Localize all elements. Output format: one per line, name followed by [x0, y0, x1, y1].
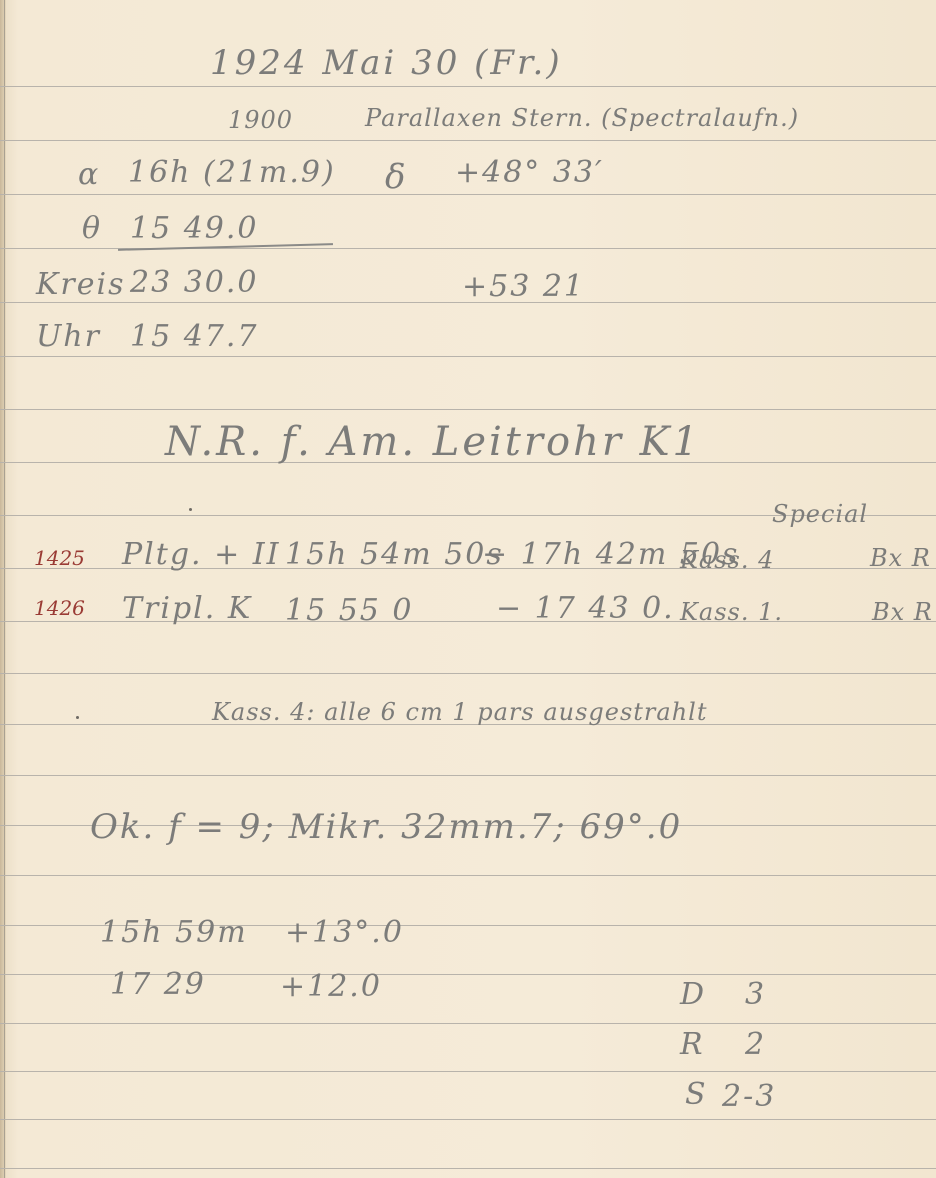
special-note: Special — [772, 502, 868, 526]
catalogue-number: 1425 — [34, 548, 85, 568]
ruled-line — [0, 875, 936, 876]
ruled-line — [0, 673, 936, 674]
catalogue-number: 1426 — [34, 598, 85, 618]
plate-type: Tripl. K — [122, 594, 252, 624]
theta-value: 15 49.0 — [130, 214, 259, 244]
ruled-line — [0, 1023, 936, 1024]
condition-value: 2-3 — [722, 1082, 776, 1112]
cassette: Kass. 4 — [680, 548, 774, 572]
kreis-value: 23 30.0 — [130, 268, 259, 298]
epoch: 1900 — [228, 108, 293, 132]
cassette: Kass. 1. — [680, 600, 783, 624]
temperature-time: 15h 59m — [100, 918, 248, 948]
kreis-declination: +53 21 — [462, 272, 585, 302]
uhr-label: Uhr — [36, 322, 101, 352]
kreis-label: Kreis — [36, 270, 126, 300]
cassette-note: Kass. 4: alle 6 cm 1 pars ausgestrahlt — [212, 700, 708, 724]
end-time: − 17 43 0. — [496, 594, 675, 624]
ink-dot — [189, 508, 192, 511]
ruled-line — [0, 1071, 936, 1072]
start-time: 15h 54m 50s — [285, 540, 504, 570]
page-binding-shadow — [0, 0, 6, 1178]
condition-value: 3 — [745, 980, 766, 1010]
condition-value: 2 — [745, 1030, 766, 1060]
margin-line — [4, 0, 5, 1178]
ink-dot — [76, 716, 79, 719]
ruled-line — [0, 775, 936, 776]
condition-symbol: S — [685, 1080, 708, 1110]
ruled-line — [0, 194, 936, 195]
alpha-value: 16h (21m.9) — [128, 158, 336, 188]
alpha-label: α — [78, 160, 100, 190]
delta-label: δ — [385, 160, 408, 194]
ruled-line — [0, 140, 936, 141]
ruled-line — [0, 409, 936, 410]
delta-value: +48° 33′ — [455, 158, 604, 188]
start-time: 15 55 0 — [285, 596, 414, 626]
instrument-settings: Ok. f = 9; Mikr. 32mm.7; 69°.0 — [90, 810, 682, 844]
notebook-page: 1924 Mai 30 (Fr.) 1900 Parallaxen Stern.… — [0, 0, 936, 1178]
entry-date: 1924 Mai 30 (Fr.) — [210, 46, 563, 80]
temperature-time: 17 29 — [110, 970, 206, 1000]
uhr-value: 15 47.7 — [130, 322, 259, 352]
exposure-note: Bx R — [870, 546, 931, 570]
exposure-note: Bx R — [872, 600, 933, 624]
plate-type: Pltg. + II — [122, 540, 281, 570]
ruled-line — [0, 86, 936, 87]
temperature-value: +12.0 — [280, 972, 382, 1002]
ruled-line — [0, 356, 936, 357]
section-title: N.R. f. Am. Leitrohr K1 — [165, 422, 701, 462]
condition-symbol: R — [680, 1030, 705, 1060]
condition-symbol: D — [680, 980, 706, 1010]
entry-title: Parallaxen Stern. (Spectralaufn.) — [365, 106, 799, 130]
theta-label: θ — [82, 214, 102, 244]
ruled-line — [0, 1119, 936, 1120]
temperature-value: +13°.0 — [285, 918, 404, 948]
ruled-line — [0, 1168, 936, 1169]
